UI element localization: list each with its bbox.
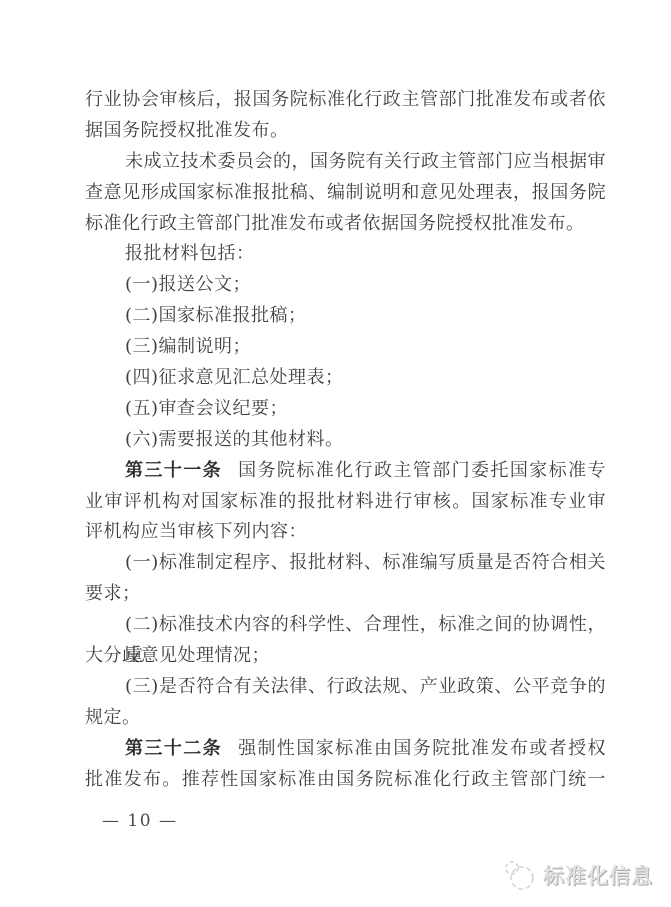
text-line: 据国务院授权批准发布。 [85, 116, 606, 147]
text-line-content: (五)审查会议纪要； [125, 398, 288, 419]
document-page: 行业协会审核后，报国务院标准化行政主管部门批准发布或者依 据国务院授权批准发布。… [0, 0, 671, 907]
list-item-line: (五)审查会议纪要； [85, 394, 606, 425]
text-line-content: 据国务院授权批准发布。 [85, 120, 289, 141]
watermark-label: 标准化信息 [543, 860, 653, 890]
list-item-line: (一)报送公文； [85, 270, 606, 301]
text-line-content: 规定。 [85, 707, 141, 728]
text-line-content: 标准化行政主管部门批准发布或者依据国务院授权批准发布。 [85, 213, 585, 234]
text-line: 要求； [85, 579, 606, 610]
text-line: 业审评机构对国家标准的报批材料进行审核。国家标准专业审 [85, 487, 606, 518]
text-line-content: (三)是否符合有关法律、行政法规、产业政策、公平竞争的 [125, 676, 606, 697]
list-item-line: (四)征求意见汇总处理表； [85, 363, 606, 394]
text-line: 行业协会审核后，报国务院标准化行政主管部门批准发布或者依 [85, 85, 606, 116]
text-line: 报批材料包括： [85, 239, 606, 270]
text-line: 批准发布。推荐性国家标准由国务院标准化行政主管部门统一 [85, 765, 606, 796]
page-body-text: 行业协会审核后，报国务院标准化行政主管部门批准发布或者依 据国务院授权批准发布。… [85, 85, 606, 795]
article-heading: 第三十二条 [125, 738, 222, 759]
text-line-content: (二)国家标准报批稿； [125, 305, 307, 326]
text-line: 未成立技术委员会的，国务院有关行政主管部门应当根据审 [85, 147, 606, 178]
text-line-content: 业审评机构对国家标准的报批材料进行审核。国家标准专业审 [85, 491, 606, 512]
text-line-content: (三)编制说明； [125, 336, 251, 357]
list-item-line: (二)国家标准报批稿； [85, 301, 606, 332]
text-line-content: (一)报送公文； [125, 274, 251, 295]
list-item-line: (二)标准技术内容的科学性、合理性，标准之间的协调性，重 [85, 610, 606, 641]
text-line-content: (六)需要报送的其他材料。 [125, 429, 344, 450]
text-line-content: (一)标准制定程序、报批材料、标准编写质量是否符合相关 [125, 552, 606, 573]
text-line: 规定。 [85, 703, 606, 734]
text-line-content: 行业协会审核后，报国务院标准化行政主管部门批准发布或者依 [85, 89, 606, 110]
text-line-content: 强制性国家标准由国务院批准发布或者授权 [238, 738, 606, 759]
text-line-content: 要求； [85, 583, 141, 604]
list-item-line: (三)是否符合有关法律、行政法规、产业政策、公平竞争的 [85, 672, 606, 703]
text-line: 标准化行政主管部门批准发布或者依据国务院授权批准发布。 [85, 209, 606, 240]
list-item-line: (一)标准制定程序、报批材料、标准编写质量是否符合相关 [85, 548, 606, 579]
text-line: 查意见形成国家标准报批稿、编制说明和意见处理表，报国务院 [85, 178, 606, 209]
text-line: 大分歧意见处理情况； [85, 641, 606, 672]
text-line: 第三十一条国务院标准化行政主管部门委托国家标准专 [85, 456, 606, 487]
list-item-line: (六)需要报送的其他材料。 [85, 425, 606, 456]
text-line-content: 大分歧意见处理情况； [85, 645, 270, 666]
text-line: 评机构应当审核下列内容： [85, 517, 606, 548]
watermark-logo-icon [501, 857, 537, 893]
text-line: 第三十二条强制性国家标准由国务院批准发布或者授权 [85, 734, 606, 765]
list-item-line: (三)编制说明； [85, 332, 606, 363]
article-heading: 第三十一条 [125, 460, 222, 481]
text-line-content: (四)征求意见汇总处理表； [125, 367, 344, 388]
text-line-content: 国务院标准化行政主管部门委托国家标准专 [238, 460, 606, 481]
text-line-content: 评机构应当审核下列内容： [85, 521, 307, 542]
text-line-content: 报批材料包括： [125, 243, 255, 264]
watermark: 标准化信息 [501, 857, 653, 893]
text-line-content: 未成立技术委员会的，国务院有关行政主管部门应当根据审 [125, 151, 606, 172]
page-number: — 10 — [102, 811, 177, 831]
text-line-content: 批准发布。推荐性国家标准由国务院标准化行政主管部门统一 [85, 769, 606, 790]
text-line-content: 查意见形成国家标准报批稿、编制说明和意见处理表，报国务院 [85, 182, 606, 203]
